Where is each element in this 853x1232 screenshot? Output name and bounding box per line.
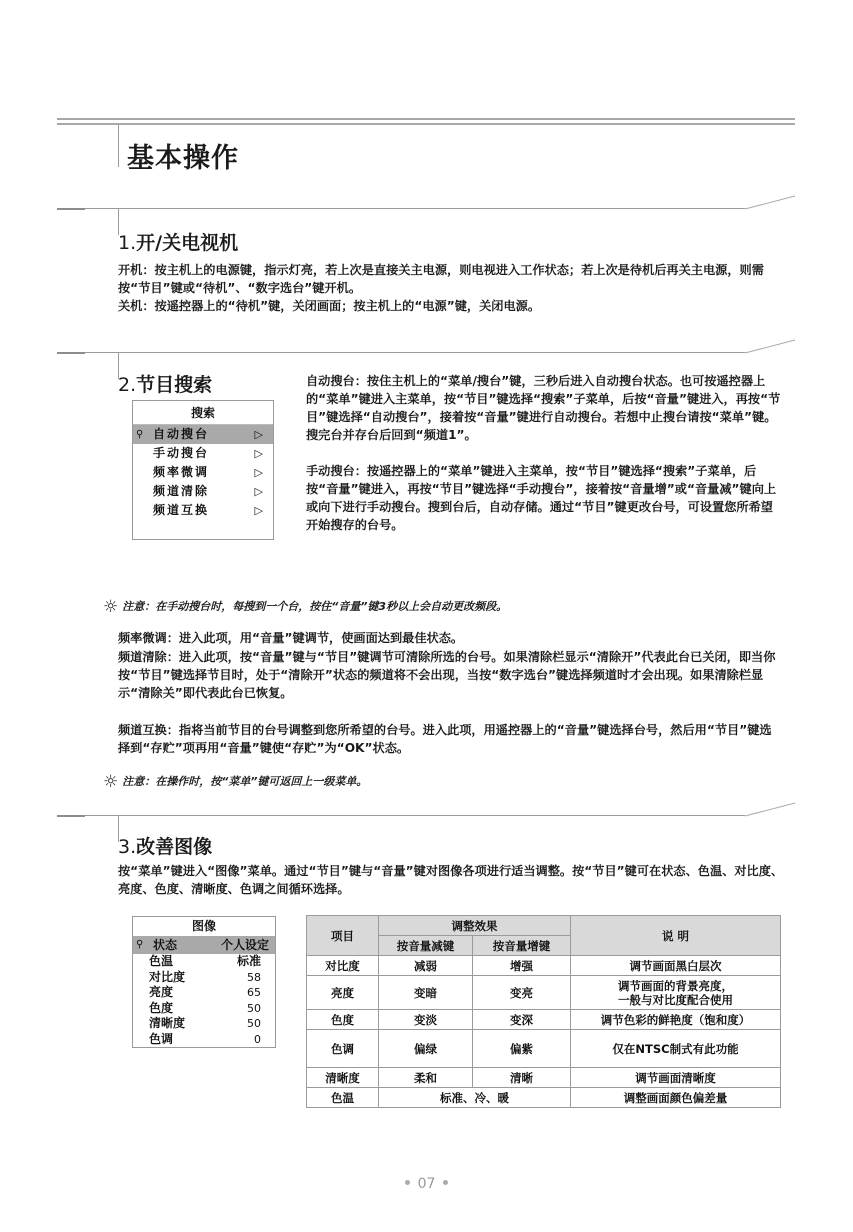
power-off-text: 关机：按遥控器上的“待机”键，关闭画面；按主机上的“电源”键，关闭电源。 [118,297,783,315]
picture-menu-header: 图像 [133,917,275,936]
lightbulb-icon: ☼ [103,597,118,617]
picture-row-color: 色度 50 [133,1001,275,1017]
col-header-desc: 说 明 [571,916,781,956]
menu-item-manual-search: 手动搜台 ▷ [133,444,273,463]
arrow-right-icon: ▷ [255,463,263,482]
table-row: 清晰度 柔和 清晰 调节画面清晰度 [307,1068,781,1088]
menu-item-fine-tune: 频率微调 ▷ [133,463,273,482]
channel-swap-text: 频道互换：指将当前节目的台号调整到您所希望的台号。进入此项，用遥控器上的“音量”… [118,721,783,757]
section-divider [57,344,797,366]
adjustment-table: 项目 调整效果 说 明 按音量减键 按音量增键 对比度 减弱 增强 调节画面黑白… [306,915,781,1108]
menu-item-channel-swap: 频道互换 ▷ [133,501,273,520]
power-on-text: 开机：按主机上的电源键，指示灯亮，若上次是直接关主电源，则电视进入工作状态；若上… [118,261,783,297]
section-1-title: 1.开/关电视机 [118,228,238,255]
search-menu-osd: 搜索 ⚲ 自动搜台 ▷ 手动搜台 ▷ 频率微调 ▷ 频道清除 ▷ 频道互换 ▷ [132,400,274,540]
channel-clear-text: 频道清除：进入此项，按“音量”键与“节目”键调节可清除所选的台号。如果清除栏显示… [118,648,783,702]
col-header-item: 项目 [307,916,379,956]
table-row: 对比度 减弱 增强 调节画面黑白层次 [307,956,781,976]
lightbulb-icon: ☼ [103,772,118,792]
bullet-dot-icon [443,1180,448,1185]
picture-row-sharpness: 清晰度 50 [133,1016,275,1032]
header-rule-top [57,118,795,120]
picture-menu-osd: 图像 ⚲ 状态 个人设定 色温 标准 对比度 58 亮度 65 色度 50 清晰… [132,916,276,1048]
table-row: 色调 偏绿 偏紫 仅在NTSC制式有此功能 [307,1030,781,1068]
col-header-effect: 调整效果 [379,916,571,936]
menu-item-channel-clear: 频道清除 ▷ [133,482,273,501]
col-header-vol-down: 按音量减键 [379,936,473,956]
page-number: 07 [0,1176,853,1192]
table-row: 亮度 变暗 变亮 调节画面的背景亮度，一般与对比度配合使用 [307,976,781,1010]
picture-intro-text: 按“菜单”键进入“图像”菜单。通过“节目”键与“音量”键对图像各项进行适当调整。… [118,862,786,898]
col-header-vol-up: 按音量增键 [473,936,571,956]
arrow-right-icon: ▷ [255,501,263,520]
auto-search-text: 自动搜台：按住主机上的“菜单/搜台”键，三秒后进入自动搜台状态。也可按遥控器上的… [306,372,784,444]
page-title: 基本操作 [127,136,239,175]
selection-marker-icon: ⚲ [136,936,143,954]
note-return-menu: ☼注意：在操作时，按“菜单”键可返回上一级菜单。 [103,772,367,792]
section-3-title: 3.改善图像 [118,832,212,859]
header-rule-bottom [57,123,795,125]
picture-row-contrast: 对比度 58 [133,970,275,986]
section-divider [57,200,797,222]
table-row: 色温 标准、冷、暖 调整画面颜色偏差量 [307,1088,781,1108]
selection-marker-icon: ⚲ [136,425,143,444]
note-manual-search: ☼注意：在手动搜台时，每搜到一个台，按住“音量”键3秒以上会自动更改频段。 [103,597,507,617]
section-divider [57,807,797,829]
fine-tune-text: 频率微调：进入此项，用“音量”键调节，使画面达到最佳状态。 [118,629,783,647]
arrow-right-icon: ▷ [255,444,263,463]
picture-row-mode: ⚲ 状态 个人设定 [133,936,275,954]
picture-row-tint: 色调 0 [133,1032,275,1048]
table-row: 色度 变淡 变深 调节色彩的鲜艳度（饱和度） [307,1010,781,1030]
arrow-right-icon: ▷ [255,425,263,444]
menu-item-auto-search: ⚲ 自动搜台 ▷ [133,425,273,444]
picture-row-color-temp: 色温 标准 [133,954,275,970]
search-menu-header: 搜索 [133,401,273,425]
picture-row-brightness: 亮度 65 [133,985,275,1001]
bullet-dot-icon [405,1180,410,1185]
section-2-title: 2.节目搜索 [118,370,212,397]
arrow-right-icon: ▷ [255,482,263,501]
title-accent-bar [118,125,119,167]
manual-search-text: 手动搜台：按遥控器上的“菜单”键进入主菜单，按“节目”键选择“搜索”子菜单，后按… [306,462,784,534]
